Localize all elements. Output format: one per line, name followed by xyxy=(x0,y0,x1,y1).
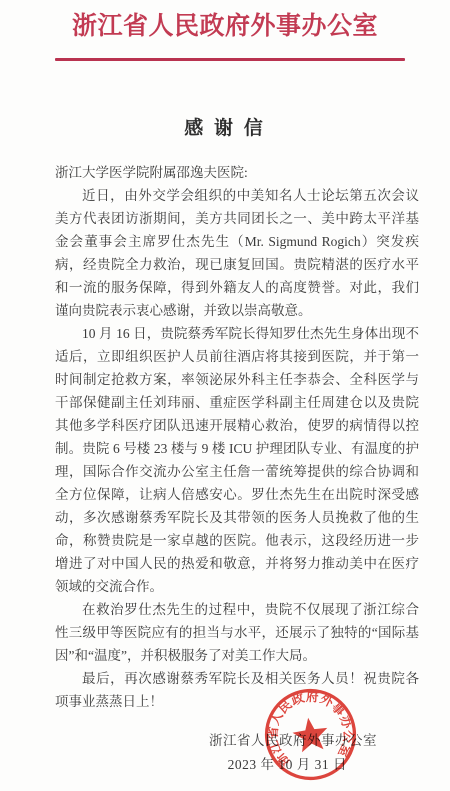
letter-paragraph-4: 最后，再次感谢蔡秀军院长及相关医务人员！祝贵院各项事业蒸蒸日上！ xyxy=(55,667,419,713)
seal-star-icon xyxy=(291,715,330,753)
letterhead-divider xyxy=(55,58,405,61)
letter-paragraph-2: 10 月 16 日，贵院蔡秀军院长得知罗仕杰先生身体出现不适后，立即组织医护人员… xyxy=(55,322,419,598)
official-seal: 浙江省人民政府外事办公室 xyxy=(256,680,366,790)
letterhead-org-name: 浙江省人民政府外事办公室 xyxy=(0,6,450,42)
letter-title: 感 谢 信 xyxy=(0,113,450,140)
letter-paragraph-3: 在救治罗仕杰先生的过程中，贵院不仅展现了浙江综合性三级甲等医院应有的担当与水平，… xyxy=(55,598,419,667)
salutation: 浙江大学医学院附属邵逸夫医院: xyxy=(55,161,419,184)
letter-paragraph-1: 近日，由外交学会组织的中美知名人士论坛第五次会议美方代表团访浙期间，美方共同团长… xyxy=(55,184,419,322)
letter-body: 浙江大学医学院附属邵逸夫医院: 近日，由外交学会组织的中美知名人士论坛第五次会议… xyxy=(55,161,419,713)
letter-page: 浙江省人民政府外事办公室 感 谢 信 浙江大学医学院附属邵逸夫医院: 近日，由外… xyxy=(0,0,450,791)
